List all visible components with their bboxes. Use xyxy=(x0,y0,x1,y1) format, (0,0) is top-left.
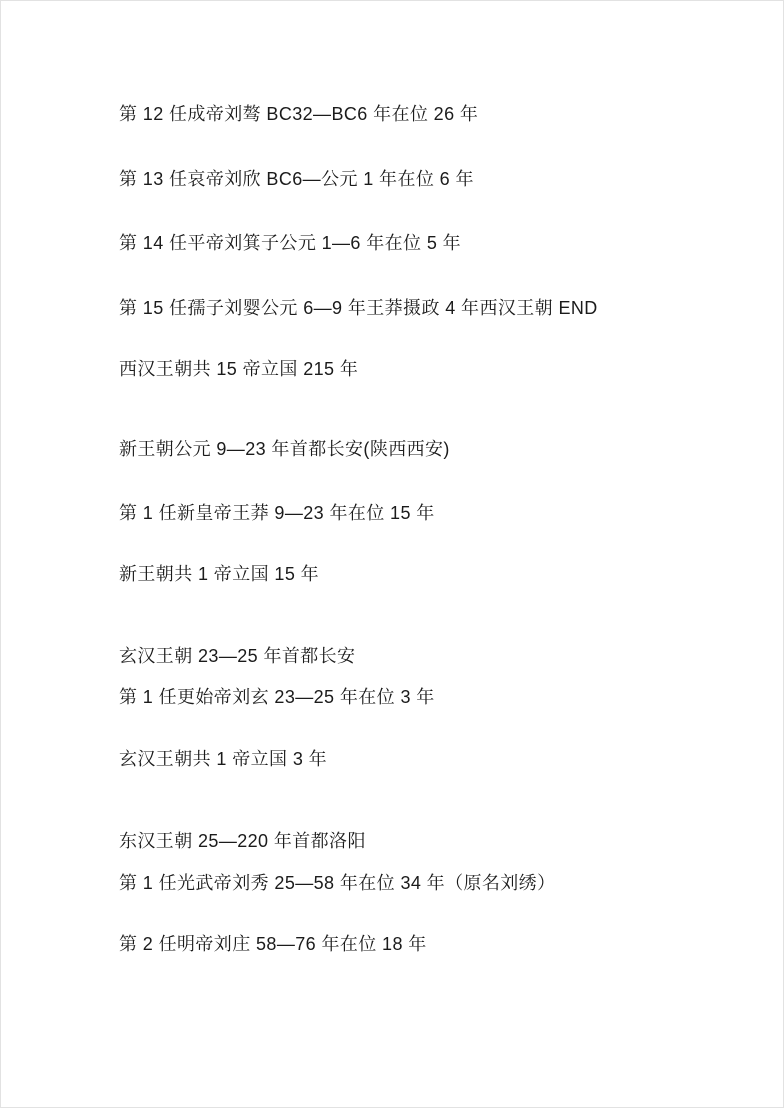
document-line: 第 1 任光武帝刘秀 25—58 年在位 34 年（原名刘绣） xyxy=(119,873,555,894)
document-line: 第 2 任明帝刘庄 58—76 年在位 18 年 xyxy=(119,934,427,955)
document-page: 第 12 任成帝刘骜 BC32—BC6 年在位 26 年 第 13 任哀帝刘欣 … xyxy=(0,0,784,1108)
document-line: 第 13 任哀帝刘欣 BC6—公元 1 年在位 6 年 xyxy=(119,169,474,190)
document-line: 新王朝公元 9—23 年首都长安(陕西西安) xyxy=(119,439,450,460)
document-line: 第 1 任新皇帝王莽 9—23 年在位 15 年 xyxy=(119,503,435,524)
document-line: 新王朝共 1 帝立国 15 年 xyxy=(119,564,319,585)
document-line: 玄汉王朝 23—25 年首都长安 xyxy=(119,646,355,667)
document-line: 第 14 任平帝刘箕子公元 1—6 年在位 5 年 xyxy=(119,233,461,254)
document-line: 第 15 任孺子刘婴公元 6—9 年王莽摄政 4 年西汉王朝 END xyxy=(119,298,598,319)
document-line: 东汉王朝 25—220 年首都洛阳 xyxy=(119,831,366,852)
document-line: 西汉王朝共 15 帝立国 215 年 xyxy=(119,359,358,380)
document-line: 第 12 任成帝刘骜 BC32—BC6 年在位 26 年 xyxy=(119,104,478,125)
document-line: 玄汉王朝共 1 帝立国 3 年 xyxy=(119,749,327,770)
document-line: 第 1 任更始帝刘玄 23—25 年在位 3 年 xyxy=(119,687,435,708)
